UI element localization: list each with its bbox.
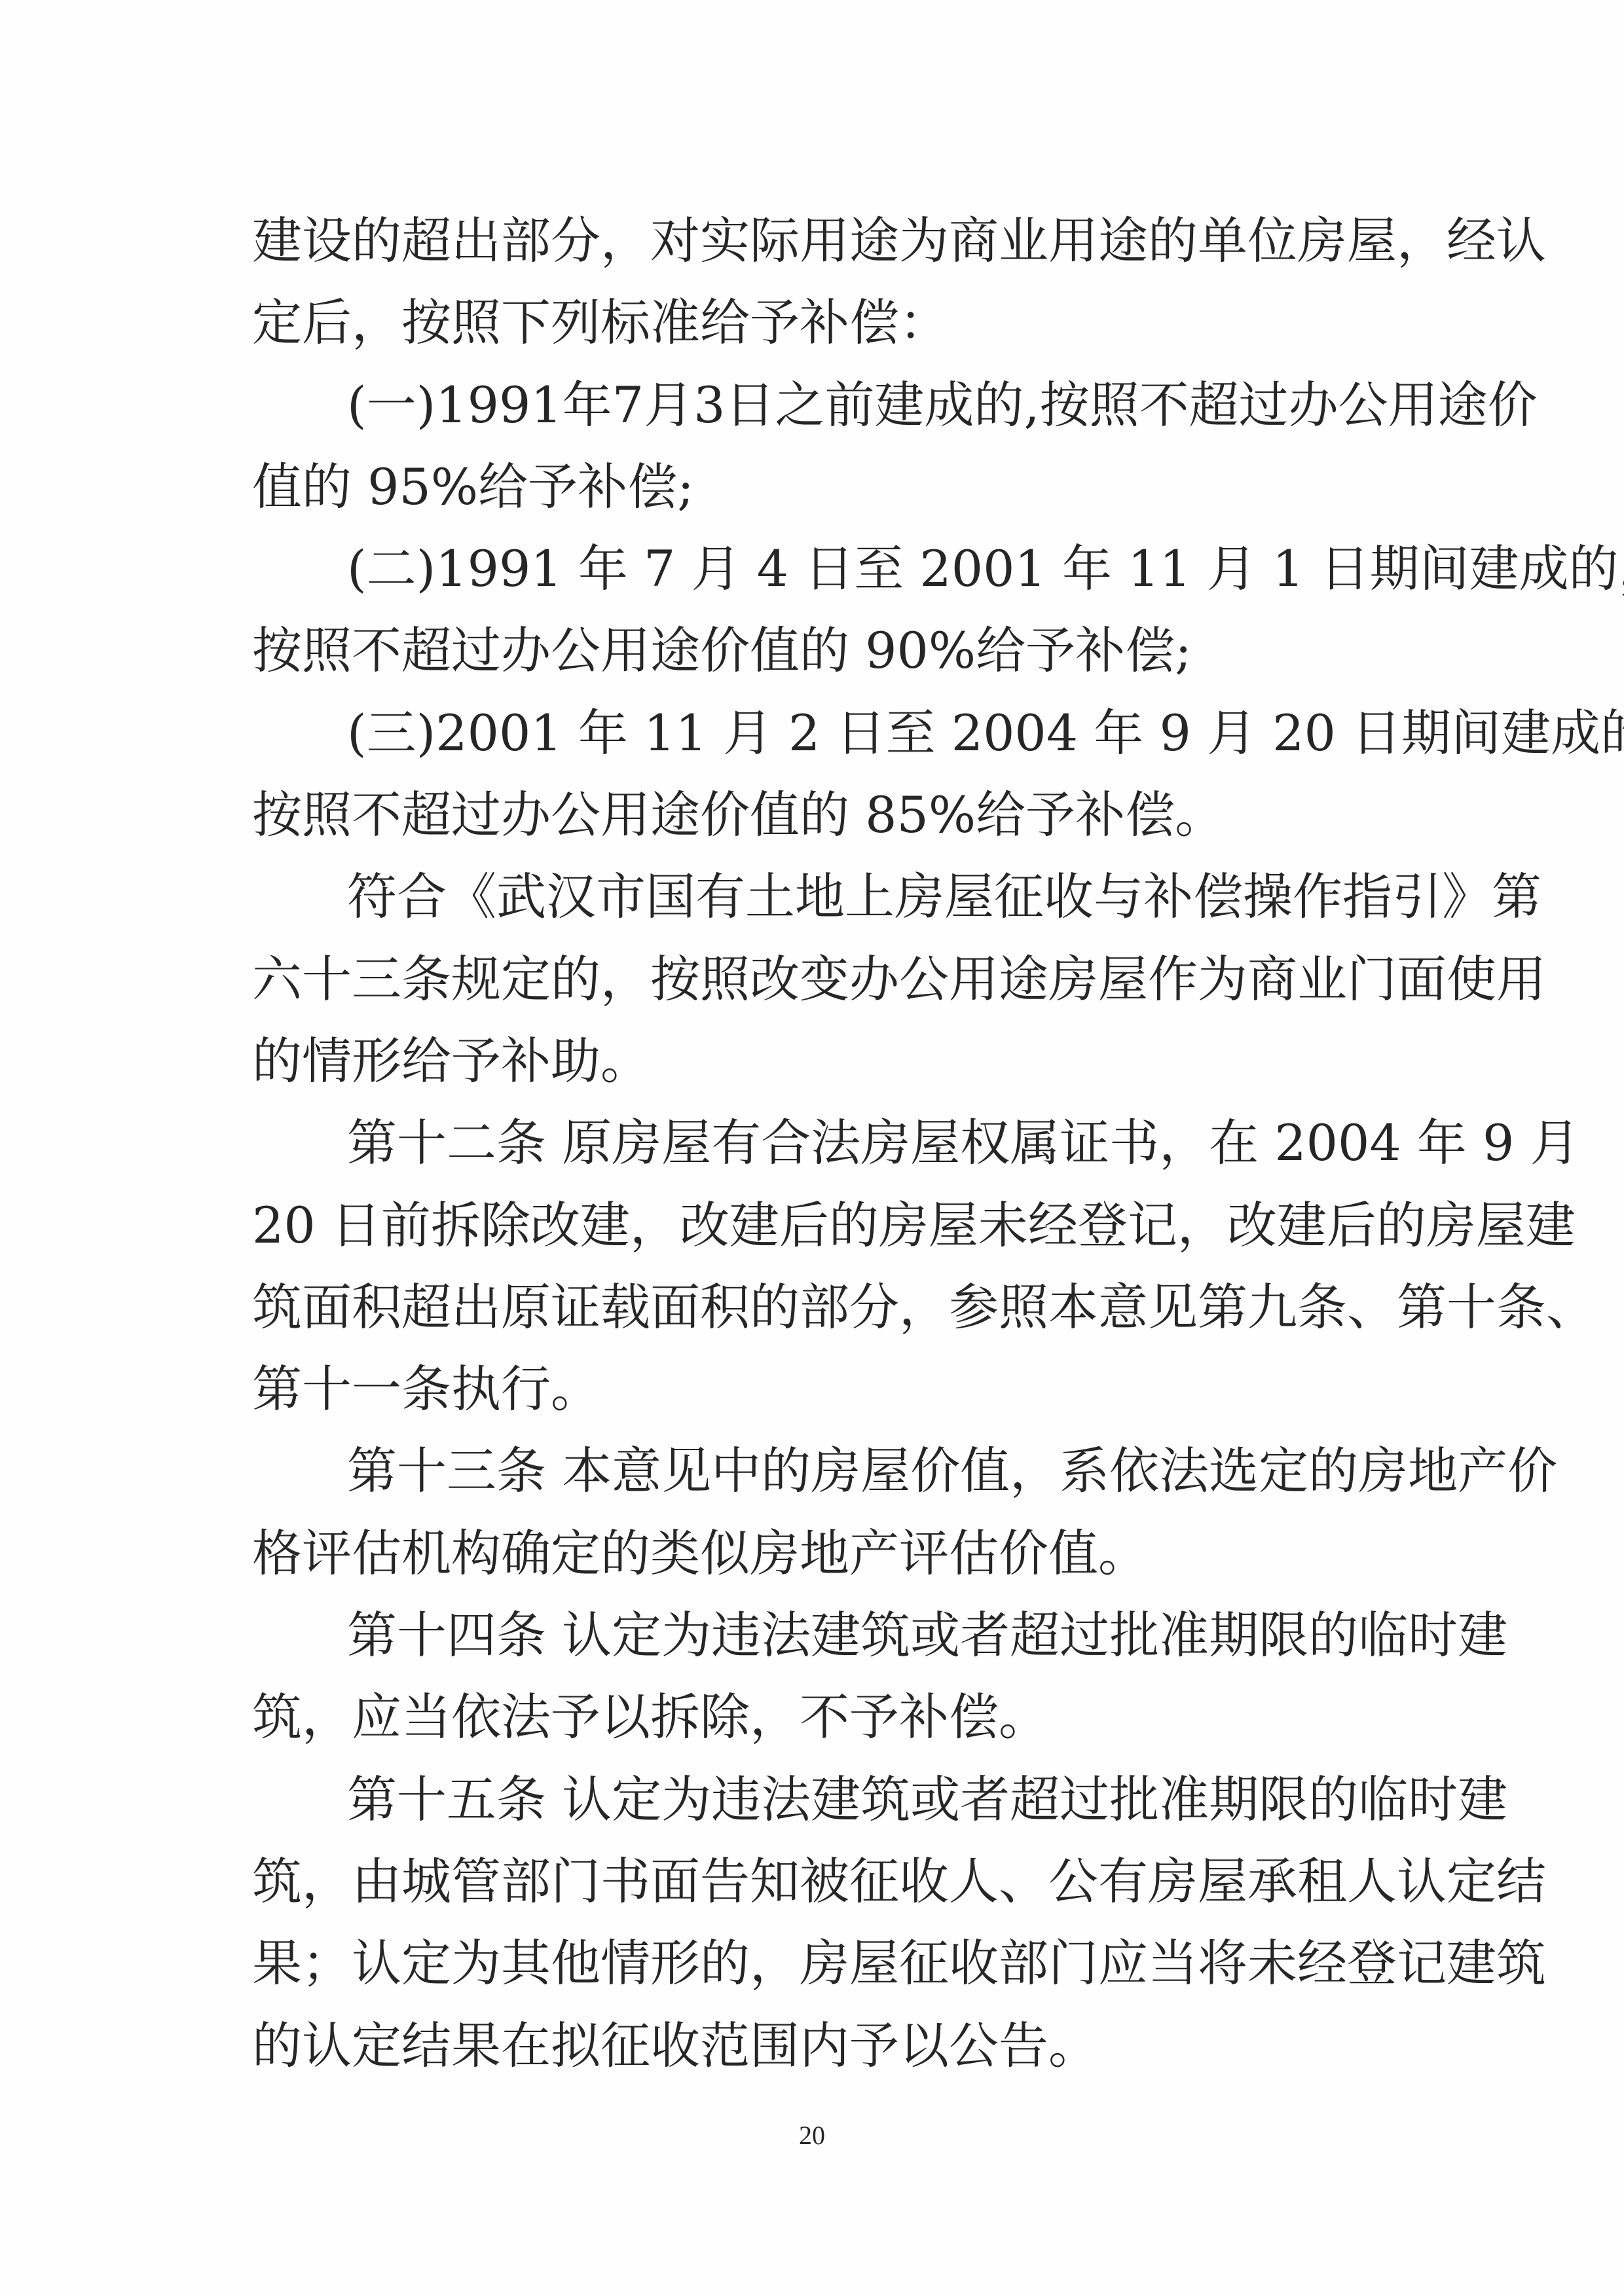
document-body: 建设的超出部分，对实际用途为商业用途的单位房屋，经认 定后，按照下列标准给予补偿…	[252, 200, 1385, 2086]
text-line: 第十三条 本意见中的房屋价值，系依法选定的房地产价	[252, 1430, 1385, 1512]
page-number: 20	[0, 2120, 1624, 2151]
document-page: 建设的超出部分，对实际用途为商业用途的单位房屋，经认 定后，按照下列标准给予补偿…	[0, 0, 1624, 2296]
text-line: 的情形给予补助。	[252, 1020, 1385, 1102]
text-line: 建设的超出部分，对实际用途为商业用途的单位房屋，经认	[252, 200, 1385, 282]
text-line: 第十一条执行。	[252, 1348, 1385, 1430]
text-line: 筑，由城管部门书面告知被征收人、公有房屋承租人认定结	[252, 1840, 1385, 1922]
text-line: 六十三条规定的，按照改变办公用途房屋作为商业门面使用	[252, 938, 1385, 1020]
text-line: 第十二条 原房屋有合法房屋权属证书，在 2004 年 9 月	[252, 1102, 1385, 1184]
text-line: (三)2001 年 11 月 2 日至 2004 年 9 月 20 日期间建成的…	[252, 692, 1385, 774]
text-line: 定后，按照下列标准给予补偿：	[252, 282, 1385, 363]
text-line: 按照不超过办公用途价值的 90%给予补偿;	[252, 610, 1385, 691]
text-line: 值的 95%给予补偿;	[252, 446, 1385, 528]
text-line: 第十五条 认定为违法建筑或者超过批准期限的临时建	[252, 1758, 1385, 1840]
text-line: 筑，应当依法予以拆除，不予补偿。	[252, 1676, 1385, 1758]
text-line: (二)1991 年 7 月 4 日至 2001 年 11 月 1 日期间建成的，	[252, 528, 1385, 610]
text-line: 20 日前拆除改建，改建后的房屋未经登记，改建后的房屋建	[252, 1184, 1385, 1266]
text-line: 第十四条 认定为违法建筑或者超过批准期限的临时建	[252, 1594, 1385, 1676]
text-line: 的认定结果在拟征收范围内予以公告。	[252, 2005, 1385, 2086]
text-line: 筑面积超出原证载面积的部分，参照本意见第九条、第十条、	[252, 1266, 1385, 1348]
text-line: 符合《武汉市国有土地上房屋征收与补偿操作指引》第	[252, 856, 1385, 938]
text-line: (一)1991年7月3日之前建成的,按照不超过办公用途价	[252, 364, 1385, 446]
text-line: 果；认定为其他情形的，房屋征收部门应当将未经登记建筑	[252, 1922, 1385, 2004]
text-line: 按照不超过办公用途价值的 85%给予补偿。	[252, 774, 1385, 856]
text-line: 格评估机构确定的类似房地产评估价值。	[252, 1512, 1385, 1594]
